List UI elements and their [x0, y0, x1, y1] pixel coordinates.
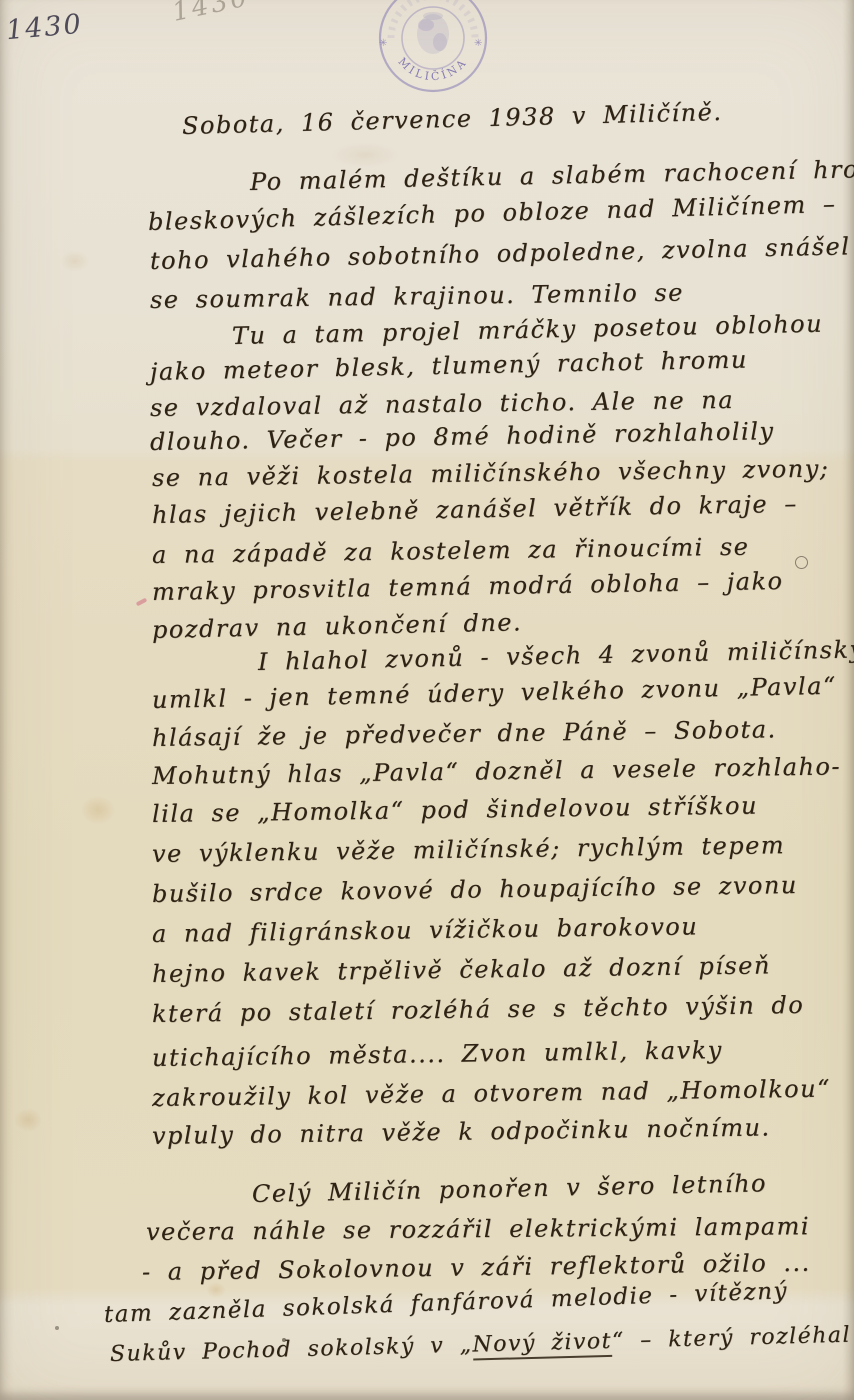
handwriting-line: hlas jejich velebně zanášel větřík do kr… [152, 490, 798, 529]
handwriting-line: a nad filigránskou vížičkou barokovou [152, 912, 699, 948]
handwriting-line: se na věži kostela miličínského všechny … [152, 455, 830, 492]
handwriting-line: jako meteor blesk, tlumený rachot hromu [150, 345, 748, 386]
handwriting-segment: Sukův Pochod sokolský v „ [110, 1333, 473, 1367]
round-ink-stamp-icon: ✳ ✳ MILIČÍNA [371, 0, 495, 100]
handwriting-line: zakroužily kol věže a otvorem nad „Homol… [152, 1075, 831, 1112]
handwriting-line: utichajícího města.... Zvon umlkl, kavky [152, 1036, 723, 1072]
handwriting-line: bleskových zášlezích po obloze nad Milič… [148, 190, 837, 236]
handwriting-line: hlásají že je předvečer dne Páně – Sobot… [152, 715, 777, 752]
handwriting-line: Celý Miličín ponořen v šero letního [252, 1169, 768, 1208]
page-number-pencil: 1430 [170, 0, 253, 28]
handwriting-line: mraky prosvitla temná modrá obloha – jak… [152, 567, 784, 606]
handwriting-line: Sukův Pochod sokolský v „Nový život“ – k… [110, 1323, 852, 1367]
ink-ring-mark [795, 556, 808, 569]
handwriting-line: se soumrak nad krajinou. Temnilo se [150, 279, 684, 314]
underlined-title: Nový život [472, 1329, 612, 1361]
handwriting-line: I hlahol zvonů - všech 4 zvonů miličínsk… [258, 635, 854, 676]
handwriting-line: která po staletí rozléhá se s těchto výš… [152, 991, 805, 1028]
fox-stain [14, 1108, 42, 1132]
handwriting-line: toho vlahého sobotního odpoledne, zvolna… [150, 232, 851, 275]
handwriting-line: ve výklenku věže miličínské; rychlým tep… [152, 831, 785, 868]
handwriting-line: hejno kavek trpělivě čekalo až dozní pís… [152, 951, 771, 988]
handwriting-line: se vzdaloval až nastalo ticho. Ale ne na [150, 386, 734, 422]
handwriting-line: umlkl - jen temné údery velkého zvonu „P… [152, 672, 837, 714]
pink-pencil-mark [136, 598, 148, 607]
fox-stain [80, 795, 116, 825]
manuscript-page: 1430 1430 ✳ ✳ MILIČÍNA Sobota, 16 červen… [0, 0, 854, 1400]
handwriting-line: Tu a tam projel mráčky posetou oblohou [232, 310, 824, 350]
stamp-star-right: ✳ [474, 38, 482, 49]
handwriting-line: pozdrav na ukončení dne. [152, 608, 523, 644]
handwriting-line: dlouho. Večer - po 8mé hodině rozhlaholi… [150, 417, 775, 456]
page-number-ink: 1430 [5, 9, 84, 47]
ink-dot [55, 1326, 59, 1330]
fox-stain [60, 250, 90, 272]
handwriting-line: a na západě za kostelem za řinoucími se [152, 533, 750, 569]
handwriting-line: lila se „Homolka“ pod šindelovou stříško… [152, 792, 758, 828]
handwriting-segment: “ – který rozléhal [612, 1323, 852, 1354]
handwriting-line-date: Sobota, 16 července 1938 v Miličíně. [182, 98, 723, 140]
handwriting-line: bušilo srdce kovové do houpajícího se zv… [152, 871, 798, 908]
handwriting-line: Mohutný hlas „Pavla“ dozněl a vesele roz… [152, 752, 841, 790]
stamp-star-left: ✳ [379, 38, 387, 49]
handwriting-line: vpluly do nitra věže k odpočinku nočnímu… [152, 1113, 771, 1150]
handwriting-line: večera náhle se rozzářil elektrickými la… [146, 1212, 810, 1246]
